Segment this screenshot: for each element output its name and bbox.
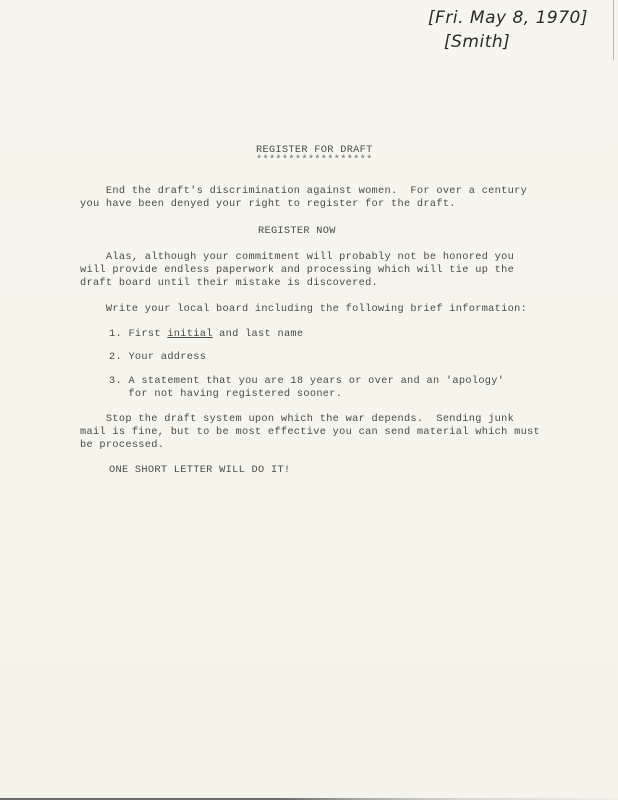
paragraph-1-line-2: you have been denyed your right to regis… xyxy=(80,198,456,211)
handwritten-date-annotation: [Fri. May 8, 1970] xyxy=(428,8,588,28)
paragraph-4-line-2: mail is fine, but to be most effective y… xyxy=(80,426,540,439)
page-edge xyxy=(613,0,614,60)
paragraph-4-line-3: be processed. xyxy=(80,439,164,452)
document-page: [Fri. May 8, 1970] [Smith] REGISTER FOR … xyxy=(0,0,618,800)
list-text: and last name xyxy=(213,328,304,340)
closing-line: ONE SHORT LETTER WILL DO IT! xyxy=(109,464,290,477)
list-item-3-continued: for not having registered sooner. xyxy=(109,388,342,401)
paragraph-2-line-3: draft board until their mistake is disco… xyxy=(80,277,378,290)
list-number: 3. xyxy=(109,375,122,387)
list-text: A statement that you are 18 years or ove… xyxy=(128,375,504,387)
list-item-3: 3. A statement that you are 18 years or … xyxy=(109,375,504,388)
paragraph-1-line-1: End the draft's discrimination against w… xyxy=(80,185,527,198)
paragraph-3: Write your local board including the fol… xyxy=(80,303,527,316)
handwritten-author-annotation: [Smith] xyxy=(444,32,510,52)
list-text: for not having registered sooner. xyxy=(109,388,342,400)
list-text: Your address xyxy=(128,351,206,363)
list-item-2: 2. Your address xyxy=(109,351,206,364)
title-asterisk-rule: ****************** xyxy=(256,154,373,167)
paragraph-4-line-1: Stop the draft system upon which the war… xyxy=(80,413,514,426)
list-number: 1. xyxy=(109,328,122,340)
subheading-register-now: REGISTER NOW xyxy=(258,225,336,238)
list-item-1: 1. First initial and last name xyxy=(109,328,303,341)
underlined-initial: initial xyxy=(167,328,212,340)
paragraph-2-line-2: will provide endless paperwork and proce… xyxy=(80,264,514,277)
list-text: First xyxy=(128,328,167,340)
paragraph-2-line-1: Alas, although your commitment will prob… xyxy=(80,251,514,264)
list-number: 2. xyxy=(109,351,122,363)
